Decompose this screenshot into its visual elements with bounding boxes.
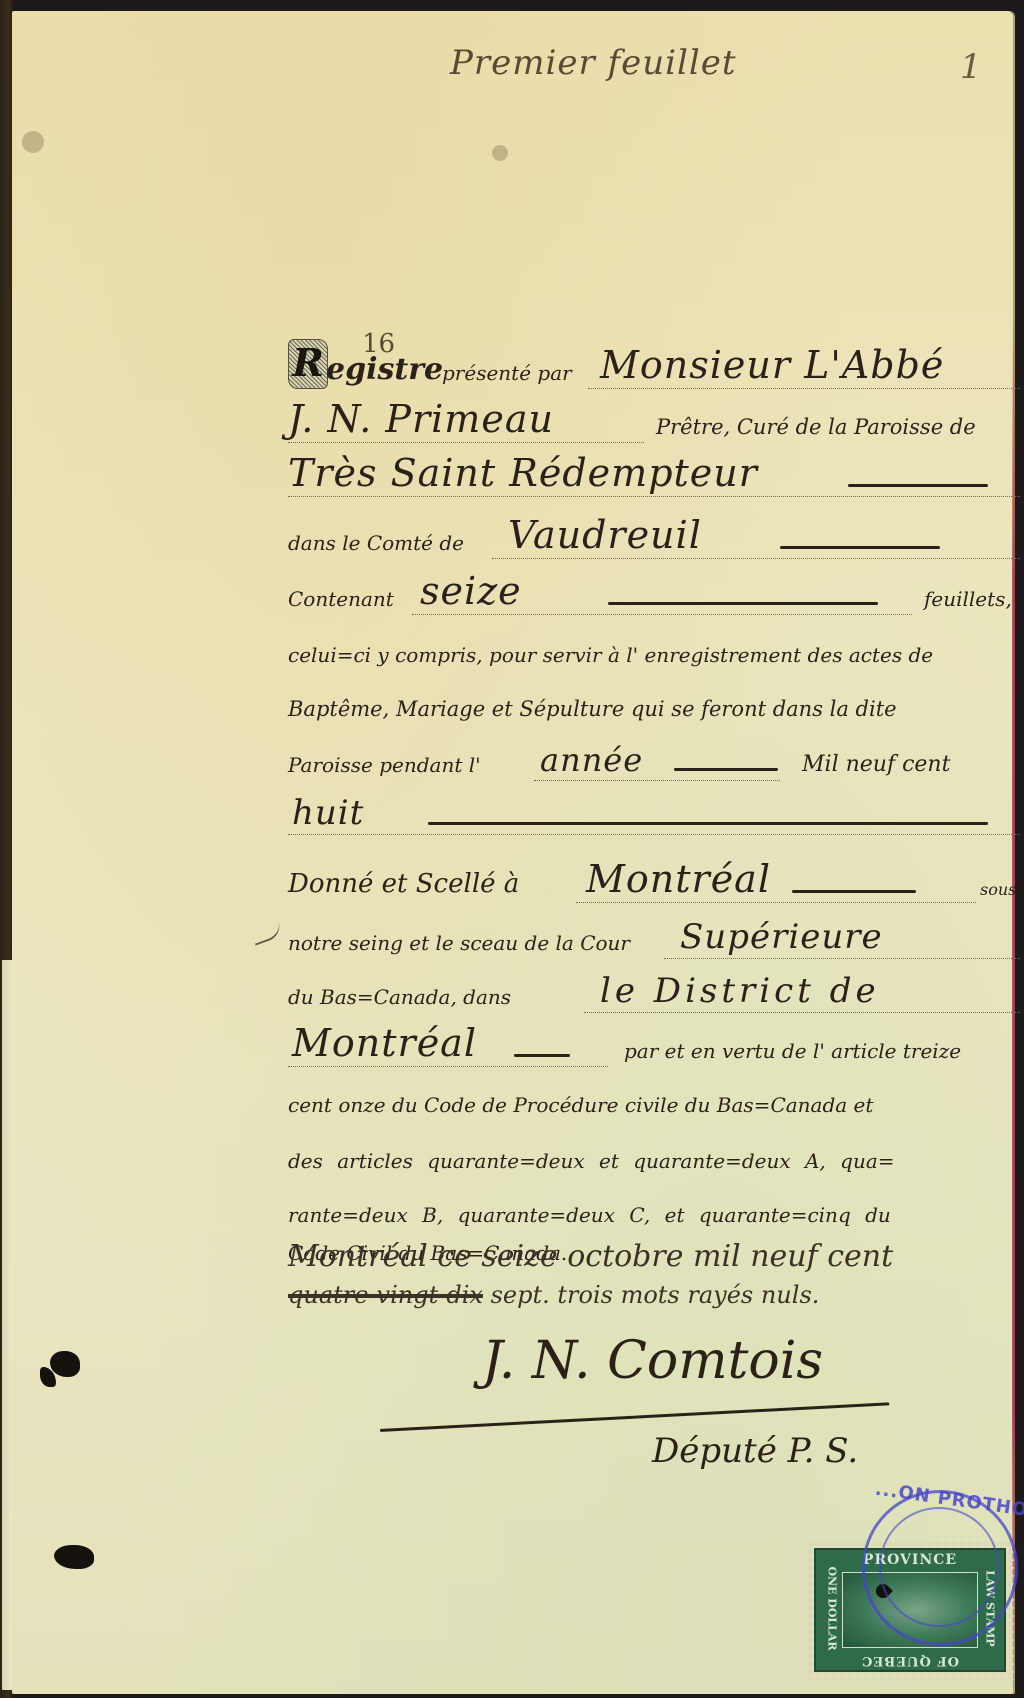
printed-text: dans le Comté de (288, 531, 464, 555)
document-scan: Premier feuillet 1 16 R egistre présenté… (0, 0, 1024, 1698)
filler-dash (674, 768, 778, 771)
struck-out-text: quatre-vingt-dix (288, 1281, 483, 1309)
filler-dash (780, 546, 940, 549)
printed-text: présenté par (442, 361, 572, 385)
printed-text: par et en vertu de l' article treize (624, 1039, 961, 1063)
signature-flourish (380, 1402, 889, 1432)
filled-parish-name: Très Saint Rédempteur (288, 451, 758, 495)
filled-court: Supérieure (680, 917, 883, 957)
printed-text: Prêtre, Curé de la Paroisse de (656, 415, 976, 439)
filler-dash (848, 484, 988, 487)
form-line-articles: des articles quarante=deux et quarante=d… (288, 1129, 1020, 1181)
printed-text: Contenant (288, 587, 394, 611)
form-line-purpose: celui=ci y compris, pour servir à l' enr… (288, 623, 1020, 675)
filler-dash (792, 890, 916, 893)
stamp-left-label: ONE DOLLAR (826, 1559, 839, 1659)
stain-spot (492, 145, 508, 161)
correction-note: sept. trois mots rayés nuls. (491, 1281, 820, 1309)
fill-rule (412, 614, 912, 615)
filled-year-word: année (540, 741, 643, 779)
printed-text: Baptême, Mariage et Sépulture qui se fer… (288, 697, 897, 721)
prothonotary-signature: J. N. Comtois (482, 1331, 823, 1391)
stain-spot (22, 131, 44, 153)
filler-dash (608, 602, 878, 605)
filled-place: Montréal (586, 857, 771, 901)
form-line-presented-by: R egistre présenté par Monsieur L'Abbé (288, 341, 1020, 393)
filled-presenter-title: Monsieur L'Abbé (600, 343, 944, 387)
filled-county: Vaudreuil (508, 513, 702, 557)
fill-rule (534, 780, 780, 781)
form-line-district: du Bas=Canada, dans le District de (288, 965, 1020, 1017)
page-heading: Premier feuillet (450, 43, 737, 83)
form-line-sheet-count: Contenant seize feuillets, (288, 567, 1020, 619)
binding-punch-hole (54, 1545, 94, 1569)
folio-number: 1 (960, 47, 982, 87)
fill-rule (492, 558, 1020, 559)
filled-year-value: huit (292, 793, 364, 833)
filled-district-city: Montréal (292, 1021, 477, 1065)
fill-rule (664, 958, 1020, 959)
form-line-given-at: Donné et Scellé à Montréal sous (288, 855, 1020, 907)
signature-title: Député P. S. (652, 1431, 858, 1471)
printed-text: Donné et Scellé à (288, 869, 519, 899)
closing-date-line: Montréal ce seize octobre mil neuf cent (288, 1239, 893, 1274)
form-line-county: dans le Comté de Vaudreuil (288, 511, 1020, 563)
printed-text: celui=ci y compris, pour servir à l' enr… (288, 643, 933, 667)
form-line-year: Paroisse pendant l' année Mil neuf cent (288, 733, 1020, 785)
fill-rule (288, 1066, 608, 1067)
margin-check-mark (250, 920, 284, 945)
form-line-court: notre seing et le sceau de la Cour Supér… (288, 911, 1020, 963)
printed-text: du Bas=Canada, dans (288, 985, 511, 1009)
binding-punch-hole (50, 1351, 80, 1377)
closing-correction-line: quatre-vingt-dix sept. trois mots rayés … (288, 1281, 819, 1309)
form-line-code-procedure: cent onze du Code de Procédure civile du… (288, 1073, 1020, 1125)
fill-rule (584, 1012, 1020, 1013)
form-line-year-value: huit (288, 787, 1020, 839)
fill-rule (288, 442, 644, 443)
fill-rule (576, 902, 976, 903)
fill-rule (588, 388, 1020, 389)
form-line-parish: Très Saint Rédempteur (288, 449, 1020, 501)
printed-text: notre seing et le sceau de la Cour (288, 931, 630, 955)
printed-text: Paroisse pendant l' (288, 753, 481, 777)
ornate-initial-r: R (288, 339, 328, 389)
filler-dash (428, 822, 988, 825)
stamp-bottom-label: OF QUEBEC (816, 1653, 1004, 1668)
printed-text: cent onze du Code de Procédure civile du… (288, 1093, 873, 1117)
form-line-acts: Baptême, Mariage et Sépulture qui se fer… (288, 677, 1020, 729)
seal-inner-ring (879, 1507, 999, 1627)
printed-text: rante=deux B, quarante=deux C, et quaran… (288, 1203, 891, 1227)
register-page: Premier feuillet 1 16 R egistre présenté… (12, 11, 1015, 1694)
form-line-priest: J. N. Primeau Prêtre, Curé de la Paroiss… (288, 395, 1020, 447)
fill-rule (288, 496, 1020, 497)
form-line-authority: Montréal par et en vertu de l' article t… (288, 1019, 1020, 1071)
registre-title: egistre (326, 352, 443, 387)
filled-district: le District de (600, 971, 880, 1011)
printed-text: Mil neuf cent (802, 752, 950, 777)
form-line-articles-cont: rante=deux B, quarante=deux C, et quaran… (288, 1183, 1020, 1235)
printed-text: des articles quarante=deux et quarante=d… (288, 1149, 895, 1173)
fill-rule (288, 834, 1020, 835)
filled-priest-name: J. N. Primeau (288, 397, 554, 441)
filler-dash (514, 1054, 570, 1057)
printed-text: feuillets, (924, 587, 1012, 611)
printed-text: sous (980, 880, 1016, 899)
filled-sheet-count: seize (420, 569, 522, 613)
